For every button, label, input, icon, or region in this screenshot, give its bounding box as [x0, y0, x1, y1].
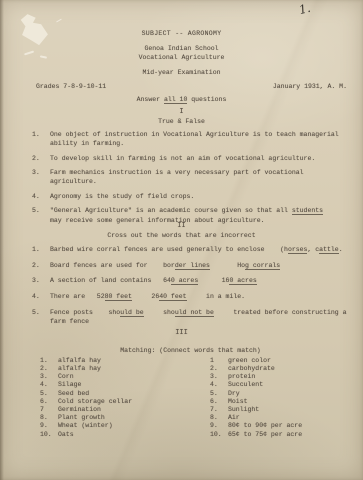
item-number: 5.: [40, 390, 58, 398]
matching-item: 4.Silage: [40, 381, 210, 389]
item-number: 6.: [40, 398, 58, 406]
text-segment: Agronomy is the study of field crops.: [50, 193, 194, 200]
text-segment: Answer: [137, 96, 164, 103]
item-text: Dry: [228, 390, 240, 398]
text-segment: 16: [198, 277, 229, 284]
section-title: Cross out the words that are incorrect: [0, 231, 363, 240]
matching-item: 2.carbohydrate: [210, 365, 363, 373]
exam-item: 4.There are 5280 feet 2640 feet in a mil…: [32, 292, 349, 301]
matching-right-column: 1green color2.carbohydrate3.protein4.Suc…: [210, 357, 363, 439]
item-number: 4.: [32, 192, 50, 201]
item-text: Moist: [228, 398, 248, 406]
item-number: 2.: [210, 365, 228, 373]
item-text: Oats: [58, 431, 74, 439]
item-text: green color: [228, 357, 271, 365]
item-text: To develop skill in farming is not an ai…: [50, 154, 349, 163]
item-text: Succulent: [228, 381, 263, 389]
item-number: 5.: [32, 308, 50, 327]
item-number: 3.: [32, 168, 50, 187]
item-number: 1.: [32, 245, 50, 254]
item-text: 65¢ to 75¢ per acre: [228, 431, 302, 439]
underlined-text: students: [292, 207, 323, 215]
item-text: Seed bed: [58, 390, 89, 398]
school-block: Genoa Indian School Vocational Agricultu…: [0, 44, 363, 63]
grades-date-row: Grades 7-8-9-10-11 January 1931, A. M.: [0, 82, 363, 91]
section-title: True & False: [0, 117, 363, 126]
matching-left-column: 1.alfalfa hay2.alfalfa hay3.Corn4.Silage…: [40, 357, 210, 439]
underlined-text: orses: [288, 246, 308, 254]
underlined-text: der lines: [175, 262, 210, 270]
item-number: 1.: [32, 130, 50, 149]
item-number: 1.: [40, 357, 58, 365]
section-items: 1.One object of instruction in Vocationa…: [0, 127, 363, 225]
text-segment: in a mile.: [187, 293, 246, 300]
exam-item: 4.Agronomy is the study of field crops.: [32, 192, 349, 201]
item-number: 2.: [32, 154, 50, 163]
text-segment: , c: [307, 246, 319, 253]
section-cross-out: II Cross out the words that are incorrec…: [0, 222, 363, 333]
text-segment: "General Agriculture" is an academic cou…: [50, 207, 292, 214]
matching-columns: 1.alfalfa hay2.alfalfa hay3.Corn4.Silage…: [0, 357, 363, 439]
matching-item: 5.Seed bed: [40, 390, 210, 398]
paper-scratch: [56, 19, 62, 23]
exam-item: 5.Fence posts should be should not be tr…: [32, 308, 349, 327]
exam-item: 1.Barbed wire corral fences are used gen…: [32, 245, 349, 254]
item-number: 4.: [210, 381, 228, 389]
exam-item: 2.Board fences are used for border lines…: [32, 261, 349, 270]
matching-item: 5.Dry: [210, 390, 363, 398]
section-numeral: I: [0, 108, 363, 117]
text-segment: .: [339, 246, 343, 253]
program-line: Vocational Agriculture: [0, 53, 363, 62]
item-text: Board fences are used for border lines H…: [50, 261, 349, 270]
text-segment: To develop skill in farming is not an ai…: [50, 155, 315, 162]
text-segment: 26: [132, 293, 159, 300]
text-segment: sho: [144, 309, 175, 316]
answer-instruction: Answer all 10 questions: [0, 95, 363, 104]
item-number: 5.: [210, 390, 228, 398]
text-segment: Board fences are used for bor: [50, 262, 175, 269]
item-text: Germination: [58, 406, 101, 414]
item-text: One object of instruction in Vocational …: [50, 130, 349, 149]
item-number: 10.: [40, 431, 58, 439]
underlined-text: 40 feet: [159, 293, 186, 301]
item-number: 2.: [32, 261, 50, 270]
item-number: 6.: [210, 398, 228, 406]
item-text: A section of land contains 640 acres 160…: [50, 276, 349, 285]
underlined-text: 80 feet: [105, 293, 132, 301]
item-number: 2.: [40, 365, 58, 373]
underlined-text: 0 acres: [229, 277, 256, 285]
text-segment: Fence posts sho: [50, 309, 120, 316]
exam-item: 1.One object of instruction in Vocationa…: [32, 130, 349, 149]
underlined-text: attle: [319, 246, 339, 254]
section-matching: III Matching: (Connect words that match)…: [0, 329, 363, 439]
text-segment: There are 52: [50, 293, 105, 300]
matching-item: 4.Succulent: [210, 381, 363, 389]
matching-item: 1.alfalfa hay: [40, 357, 210, 365]
grades-label: Grades 7-8-9-10-11: [36, 82, 106, 91]
item-text: There are 5280 feet 2640 feet in a mile.: [50, 292, 349, 301]
underlined-text: 0 acres: [171, 277, 198, 285]
subject-line: SUBJECT -- AGRONOMY: [0, 29, 363, 38]
section-numeral: III: [0, 329, 363, 338]
text-segment: Ho: [210, 262, 245, 269]
school-line: Genoa Indian School: [0, 44, 363, 53]
text-segment: A section of land contains 64: [50, 277, 171, 284]
item-number: 9.: [40, 422, 58, 430]
item-number: 4.: [40, 381, 58, 389]
item-number: 7.: [210, 406, 228, 414]
matching-item: 10.65¢ to 75¢ per acre: [210, 431, 363, 439]
exam-item: 3.Farm mechanics instruction is a very n…: [32, 168, 349, 187]
matching-item: 7Germination: [40, 406, 210, 414]
scanned-exam-page: 1. SUBJECT -- AGRONOMY Genoa Indian Scho…: [0, 0, 363, 480]
matching-item: 10.Oats: [40, 431, 210, 439]
text-segment: Farm mechanics instruction is a very nec…: [50, 169, 304, 185]
underlined-text: uld not be: [175, 309, 214, 317]
underlined-text: g corrals: [245, 262, 280, 270]
exam-item: 2.To develop skill in farming is not an …: [32, 154, 349, 163]
item-number: 4.: [32, 292, 50, 301]
date-label: January 1931, A. M.: [273, 82, 347, 91]
item-number: 3.: [32, 276, 50, 285]
item-text: Barbed wire corral fences are used gener…: [50, 245, 349, 254]
item-text: Fence posts should be should not be trea…: [50, 308, 349, 327]
item-text: Wheat (winter): [58, 422, 113, 430]
item-text: Farm mechanics instruction is a very nec…: [50, 168, 349, 187]
item-text: alfalfa hay: [58, 365, 101, 373]
item-number: 10.: [210, 431, 228, 439]
matching-item: 2.alfalfa hay: [40, 365, 210, 373]
item-number: 9.: [210, 422, 228, 430]
underlined-text: uld be: [120, 309, 143, 317]
exam-title: Mid-year Examination: [0, 68, 363, 77]
text-segment: Barbed wire corral fences are used gener…: [50, 246, 288, 253]
item-text: alfalfa hay: [58, 357, 101, 365]
item-text: Silage: [58, 381, 81, 389]
section-true-false: I True & False 1.One object of instructi…: [0, 108, 363, 230]
matching-item: 9.80¢ to 90¢ per acre: [210, 422, 363, 430]
matching-heading: Matching: (Connect words that match): [0, 346, 363, 355]
item-text: Sunlight: [228, 406, 259, 414]
matching-item: 6.Cold storage cellar: [40, 398, 210, 406]
item-text: 80¢ to 90¢ per acre: [228, 422, 302, 430]
matching-item: 6.Moist: [210, 398, 363, 406]
matching-item: 7.Sunlight: [210, 406, 363, 414]
text-segment: One object of instruction in Vocational …: [50, 131, 339, 147]
item-number: 1: [210, 357, 228, 365]
item-text: Agronomy is the study of field crops.: [50, 192, 349, 201]
exam-item: 3.A section of land contains 640 acres 1…: [32, 276, 349, 285]
item-text: carbohydrate: [228, 365, 275, 373]
matching-item: 9.Wheat (winter): [40, 422, 210, 430]
text-segment: questions: [187, 96, 226, 103]
underlined-text: all 10: [164, 96, 187, 104]
section-items: 1.Barbed wire corral fences are used gen…: [0, 241, 363, 327]
handwritten-page-number: 1.: [297, 1, 311, 17]
matching-item: 1green color: [210, 357, 363, 365]
item-text: Cold storage cellar: [58, 398, 132, 406]
item-number: 7: [40, 406, 58, 414]
section-numeral: II: [0, 222, 363, 231]
